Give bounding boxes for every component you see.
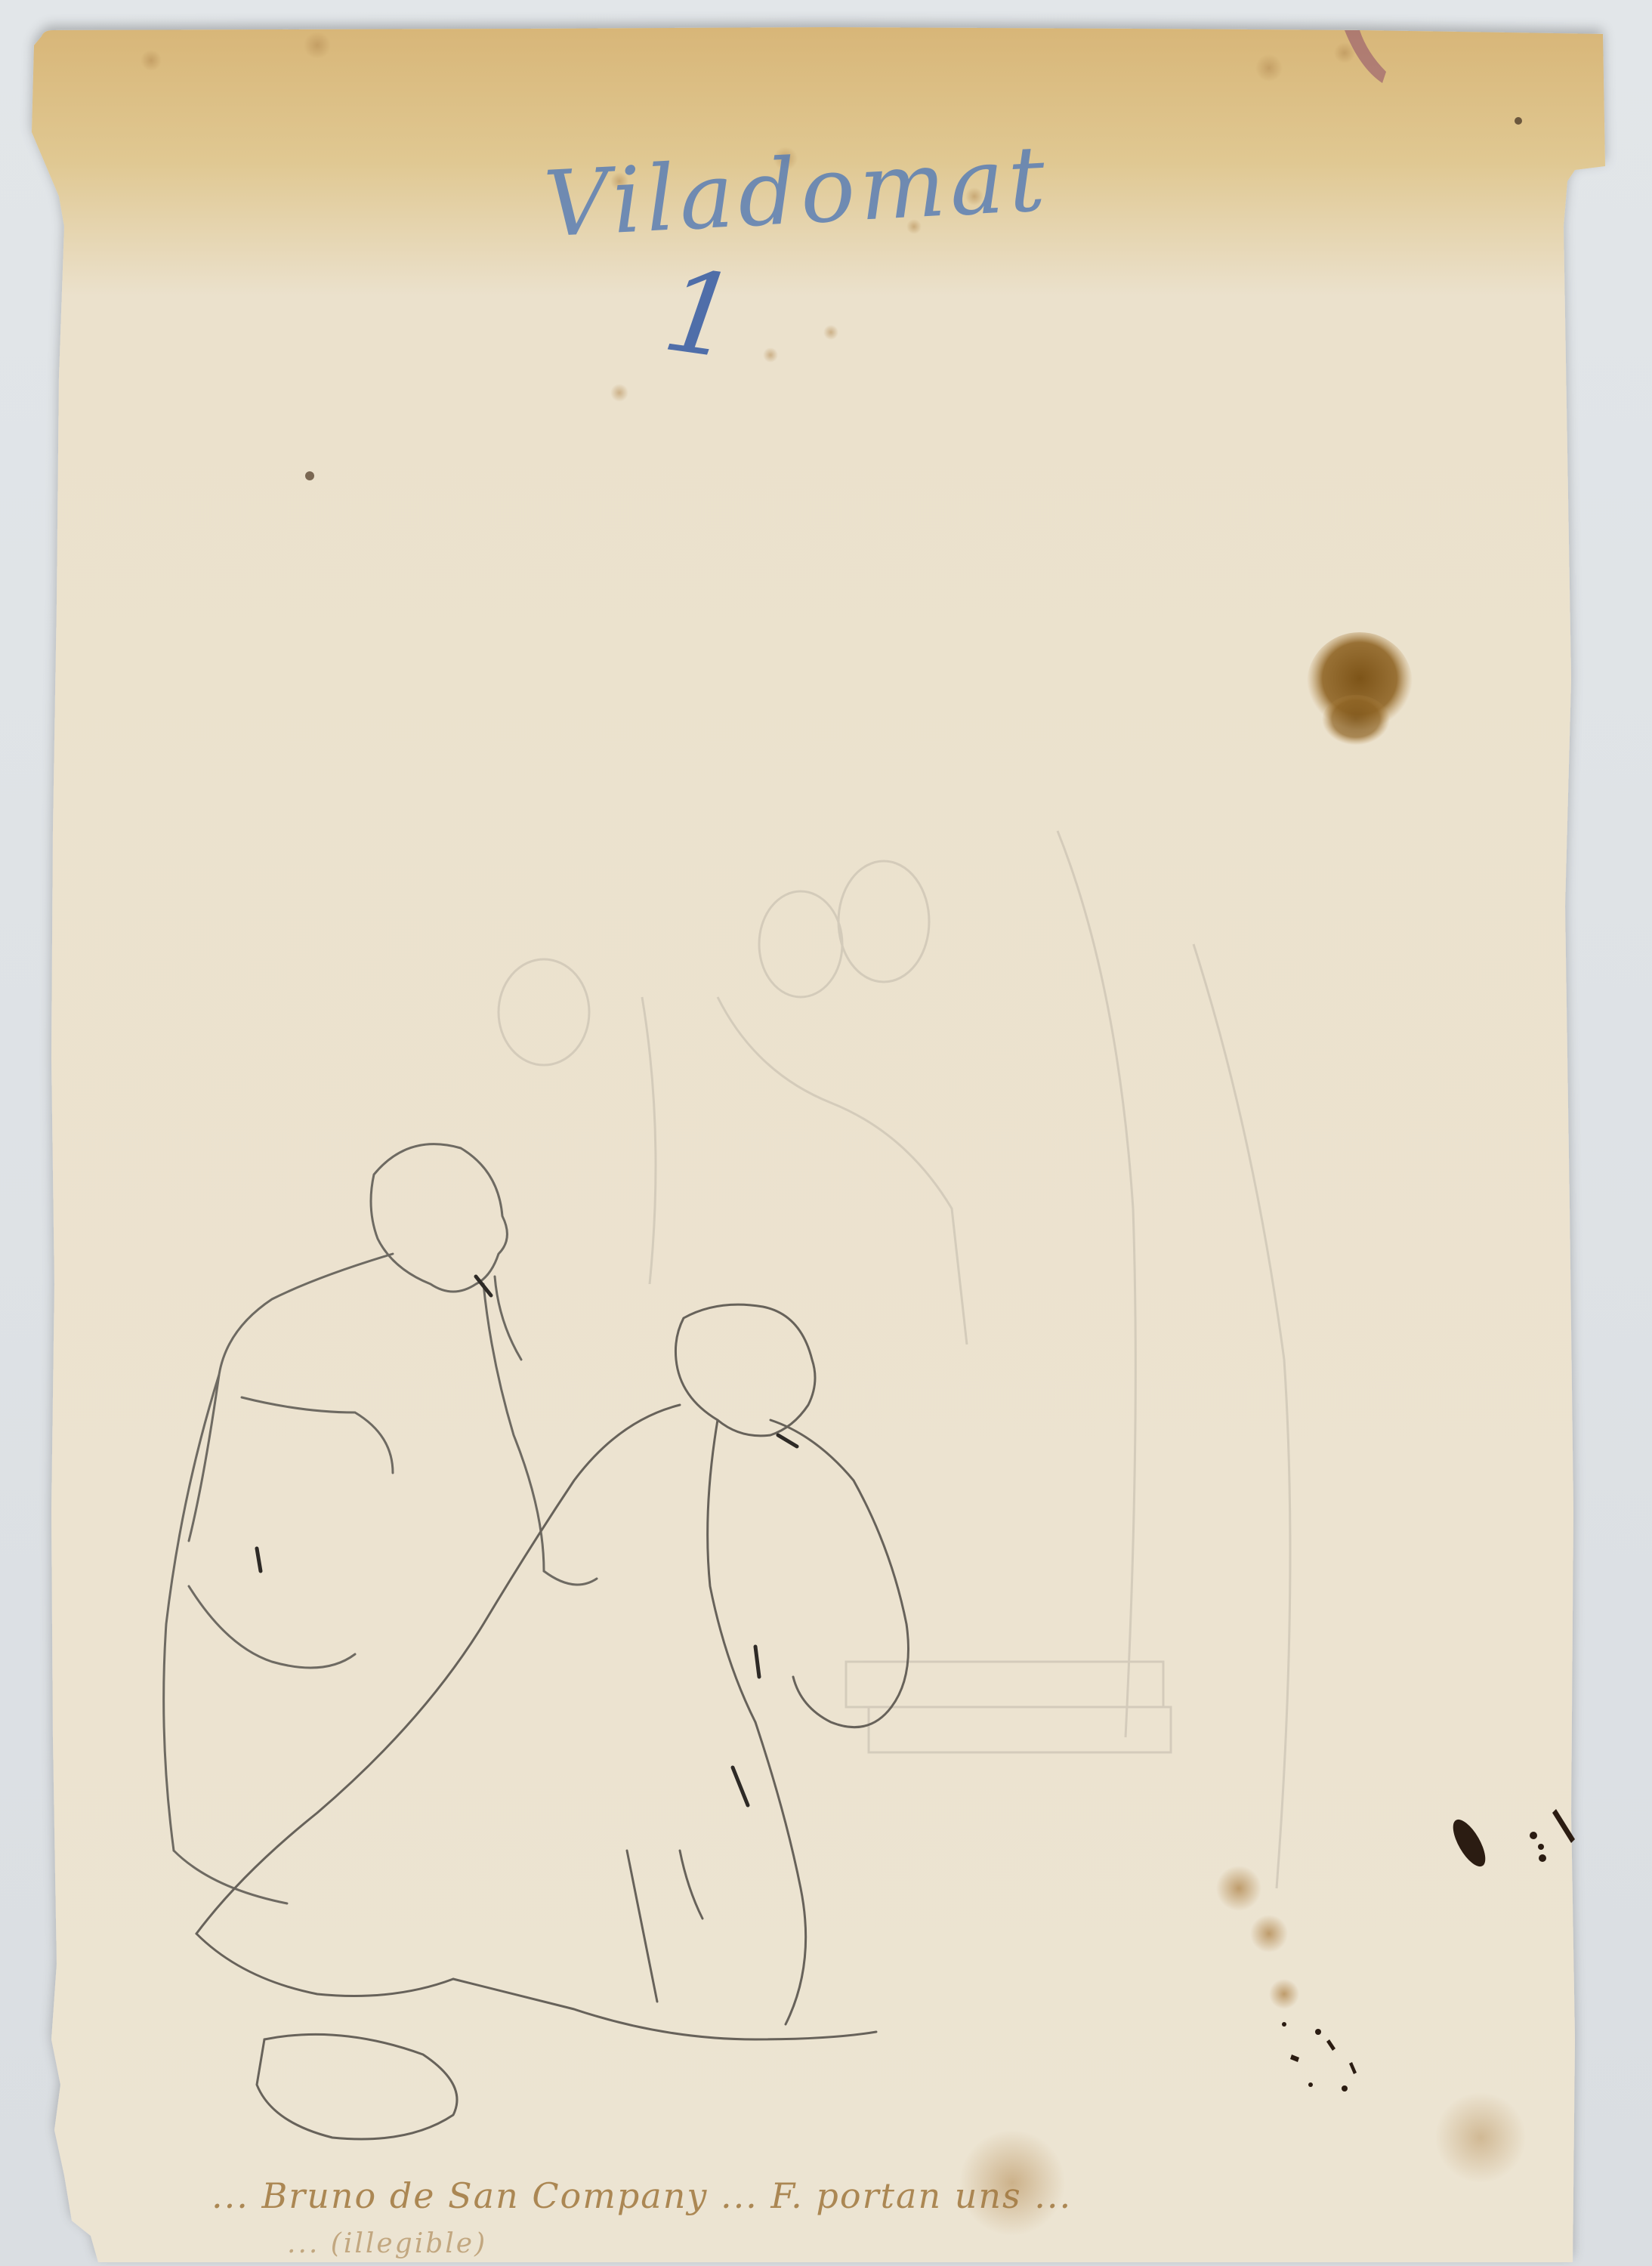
paper-outline <box>32 27 1605 2262</box>
ink-caption-line-2: ... (illegible) <box>287 2228 487 2259</box>
paper-sheet: Viladomat 1 ... Bruno de San Company ...… <box>0 0 1652 2266</box>
drawing-svg <box>0 0 1652 2266</box>
ink-caption-line-1: ... Bruno de San Company ... F. portan u… <box>212 2175 1072 2216</box>
